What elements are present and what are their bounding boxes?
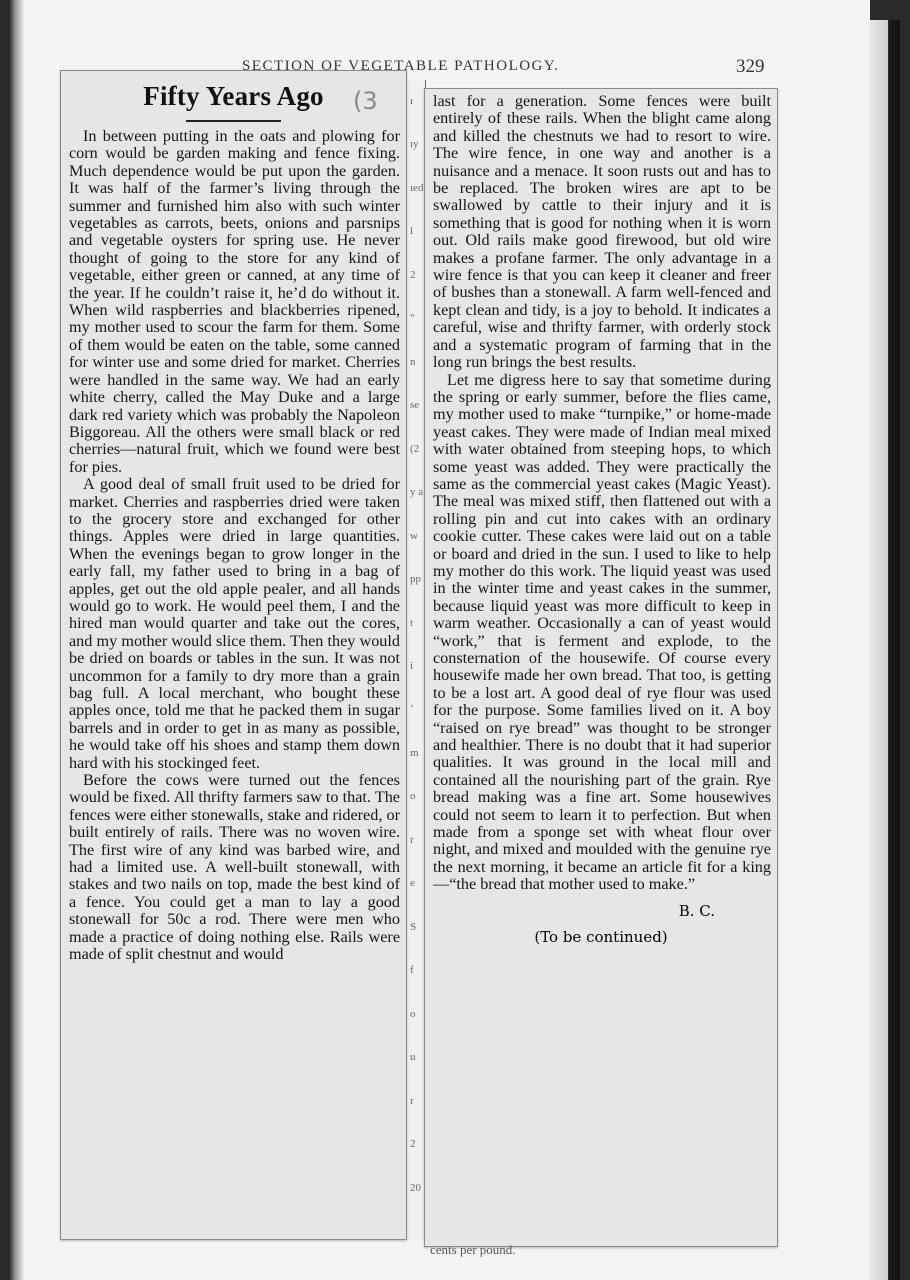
scrapbook-page: SECTION OF VEGETABLE PATHOLOGY. 329 ııyı…: [10, 0, 870, 1280]
gutter-fragment: m: [410, 747, 419, 759]
gutter-fragment: S: [410, 921, 416, 933]
gutter-fragment: o: [410, 790, 416, 802]
gutter-fragment: (2: [410, 443, 419, 455]
gutter-fragment: o: [410, 1008, 416, 1020]
gutter-fragment: 20: [410, 1182, 421, 1194]
clipping-left-column: (3 Fifty Years Ago In between putting in…: [60, 70, 407, 1240]
gutter-fragment: r: [410, 1095, 414, 1107]
underlying-page-text: cents per pound.: [430, 1242, 516, 1258]
paragraph: In between putting in the oats and plowi…: [69, 128, 400, 476]
continuation-note: (To be continued): [425, 928, 777, 946]
paragraph: A good deal of small fruit used to be dr…: [69, 476, 400, 772]
author-signature: B. C.: [425, 902, 715, 920]
gutter-fragment: i: [410, 660, 413, 672]
gutter-fragment: ıed: [410, 182, 423, 194]
page-edge: [870, 20, 900, 1280]
paragraph: Let me digress here to say that sometime…: [433, 372, 771, 894]
gutter-fragment: “: [410, 312, 415, 324]
gutter-fragment: t: [410, 617, 413, 629]
gutter-fragment: pp: [410, 573, 421, 585]
article-column-right: last for a generation. Some fences were …: [425, 89, 777, 894]
gutter-fragment: se: [410, 399, 419, 411]
gutter-fragment: w: [410, 530, 418, 542]
gutter-fragment: n: [410, 356, 416, 368]
gutter-fragment: u: [410, 1051, 416, 1063]
headline-rule: [186, 120, 281, 122]
gutter-fragment: ’: [410, 703, 414, 715]
article-column-left: In between putting in the oats and plowi…: [61, 128, 406, 964]
gutter-fragment: 2: [410, 269, 416, 281]
gutter-fragment: ı: [410, 95, 413, 107]
gutter-fragment: y a: [410, 486, 423, 498]
binding-shadow: [10, 0, 24, 1280]
gutter-fragment: e: [410, 877, 415, 889]
gutter-fragment: 2: [410, 1138, 416, 1150]
handwritten-mark: (3: [353, 87, 378, 115]
gutter-fragment: f: [410, 964, 414, 976]
paragraph: last for a generation. Some fences were …: [433, 93, 771, 372]
gutter-fragment: l: [410, 225, 413, 237]
column-gutter: [406, 80, 426, 1240]
paragraph: Before the cows were turned out the fenc…: [69, 772, 400, 963]
page-number: 329: [736, 56, 765, 78]
gutter-fragment: ıy: [410, 138, 419, 150]
clipping-right-column: last for a generation. Some fences were …: [424, 88, 778, 1247]
gutter-fragment: r: [410, 834, 414, 846]
